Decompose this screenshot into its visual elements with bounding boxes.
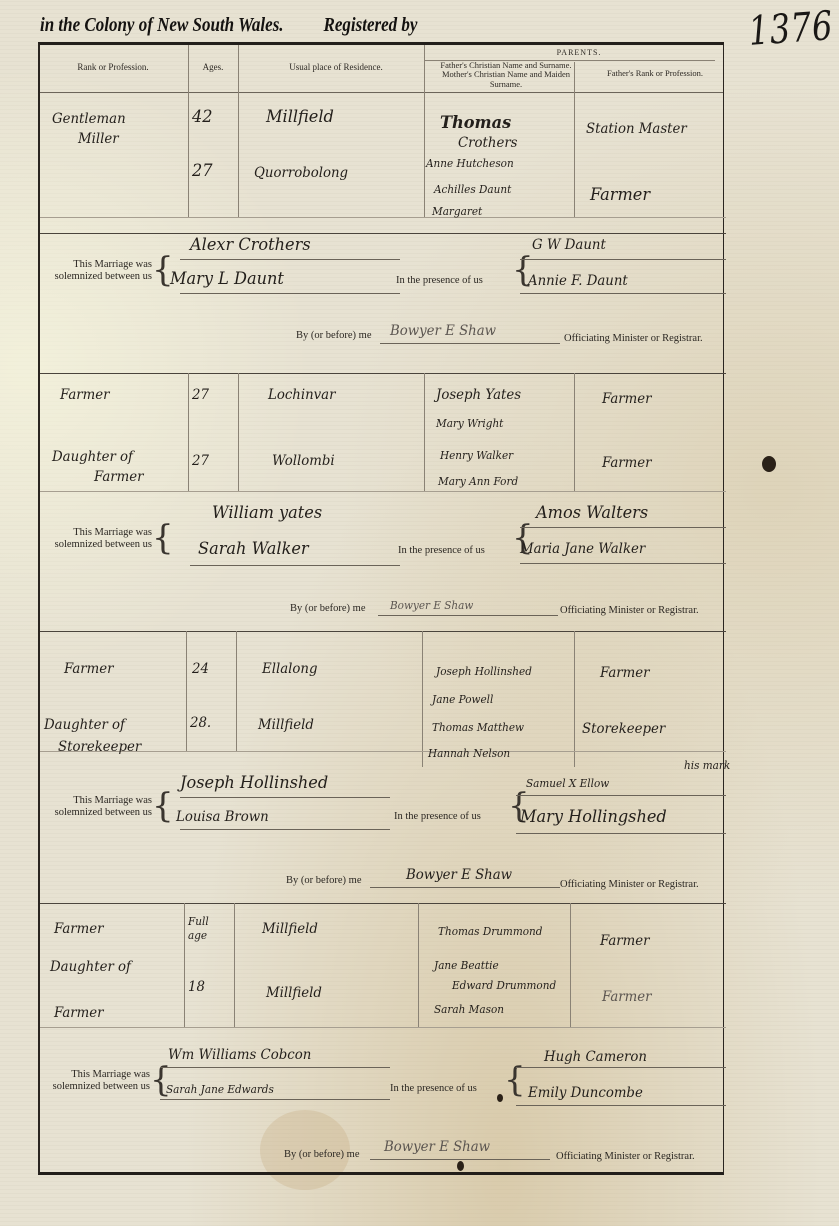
divider <box>40 1027 726 1028</box>
bride-father-rank: Storekeeper <box>582 721 665 737</box>
marriage-entry: Gentleman Miller 42 Millfield 27 Quorrob… <box>40 93 723 233</box>
header-rank: Rank or Profession. <box>40 63 186 73</box>
bride-rank-2: Farmer <box>94 469 143 485</box>
groom-residence: Lochinvar <box>268 387 335 403</box>
bride-father-name: Achilles Daunt <box>434 183 511 196</box>
presence-label: In the presence of us <box>396 275 483 287</box>
divider <box>40 373 726 374</box>
groom-residence: Millfield <box>266 107 334 127</box>
presence-label: In the presence of us <box>398 545 485 557</box>
groom-signature: Wm Williams Cobcon <box>168 1047 311 1063</box>
groom-age: Full age <box>188 915 222 944</box>
witness-1-signature: Amos Walters <box>536 503 648 523</box>
bride-father-name: Henry Walker <box>440 449 513 462</box>
header-parents: Parents. <box>432 49 726 58</box>
officiant-signature: Bowyer E Shaw <box>406 867 512 883</box>
page-header: in the Colony of New South Wales. Regist… <box>40 14 417 37</box>
divider <box>425 60 715 61</box>
header-parents-names: Father's Christian Name and Surname. Mot… <box>434 61 578 89</box>
brace: { <box>152 521 174 555</box>
signature-line <box>180 259 400 260</box>
marriage-register-table: Rank or Profession. Ages. Usual place of… <box>38 42 724 1175</box>
bride-rank-2: Storekeeper <box>58 739 141 755</box>
witness-mark-label: his mark <box>684 759 730 772</box>
divider <box>188 45 189 93</box>
groom-father-name: Thomas Drummond <box>438 925 542 938</box>
witness-1-signature: G W Daunt <box>532 237 606 253</box>
marriage-signatures: This Marriage was solemnized between us … <box>40 1035 723 1175</box>
officiating-label: Officiating Minister or Registrar. <box>560 605 699 617</box>
divider <box>236 631 237 751</box>
bride-father-rank: Farmer <box>602 455 651 471</box>
groom-mother-name: Jane Powell <box>432 693 493 706</box>
groom-father-rank: Farmer <box>602 391 651 407</box>
bride-father-name: Thomas Matthew <box>432 721 524 734</box>
bride-age: 27 <box>192 453 209 469</box>
by-before-label: By (or before) me <box>290 603 366 615</box>
marriage-signatures: This Marriage was solemnized between us … <box>40 497 723 627</box>
groom-mother-name: Anne Hutcheson <box>426 157 514 170</box>
bride-residence: Millfield <box>266 985 322 1001</box>
ink-blot <box>762 456 776 472</box>
groom-father-rank: Farmer <box>600 665 649 681</box>
divider <box>188 93 189 217</box>
divider <box>574 93 575 217</box>
witness-2-signature: Maria Jane Walker <box>520 541 645 557</box>
signature-line <box>380 343 560 344</box>
divider <box>424 93 425 217</box>
officiating-label: Officiating Minister or Registrar. <box>560 879 699 891</box>
groom-rank: Farmer <box>54 921 103 937</box>
groom-mother-name: Jane Beattie <box>434 959 499 972</box>
signature-line <box>520 259 726 260</box>
solemnized-label: This Marriage was solemnized between us <box>44 527 152 551</box>
by-before-label: By (or before) me <box>286 875 362 887</box>
groom-rank: Farmer <box>64 661 113 677</box>
bride-residence: Wollombi <box>272 453 335 469</box>
bride-rank-2: Farmer <box>54 1005 103 1021</box>
signature-line <box>160 1067 390 1068</box>
marriage-entry: Farmer 27 Lochinvar Daughter of Farmer 2… <box>40 373 723 497</box>
signature-line <box>190 565 400 566</box>
divider <box>238 93 239 217</box>
signature-line <box>370 887 560 888</box>
divider <box>424 45 425 93</box>
colony-title: in the Colony of New South Wales. <box>40 14 284 36</box>
bride-mother-name: Mary Ann Ford <box>438 475 518 488</box>
groom-age: 24 <box>192 661 209 677</box>
bride-age: 27 <box>192 161 213 181</box>
bride-age: 18 <box>188 979 205 995</box>
signature-line <box>516 1067 726 1068</box>
divider <box>234 903 235 1027</box>
signature-line <box>520 293 726 294</box>
signature-line <box>516 1105 726 1106</box>
bride-signature: Sarah Walker <box>198 539 309 559</box>
signature-line <box>520 563 726 564</box>
bride-residence: Millfield <box>258 717 314 733</box>
witness-2-signature: Emily Duncombe <box>528 1085 643 1101</box>
presence-label: In the presence of us <box>390 1083 477 1095</box>
groom-age: 42 <box>192 107 213 127</box>
groom-father-name: Thomas <box>440 113 511 133</box>
witness-2-signature: Mary Hollingshed <box>520 807 667 827</box>
bride-age: 28. <box>190 715 211 731</box>
solemnized-label: This Marriage was solemnized between us <box>42 1069 150 1093</box>
groom-residence: Millfield <box>262 921 318 937</box>
bride-father-rank: Farmer <box>602 989 651 1005</box>
bride-mother-name: Sarah Mason <box>434 1003 504 1016</box>
witness-2-signature: Annie F. Daunt <box>528 273 628 289</box>
divider <box>40 751 726 752</box>
registered-by-label: Registered by <box>324 14 418 36</box>
signature-line <box>378 615 558 616</box>
groom-signature: Alexr Crothers <box>190 235 311 255</box>
divider <box>40 631 726 632</box>
bride-mother-name: Hannah Nelson <box>428 747 510 760</box>
bride-rank: Daughter of <box>50 959 131 975</box>
column-header-row: Rank or Profession. Ages. Usual place of… <box>40 45 723 93</box>
groom-father-surname: Crothers <box>458 135 518 151</box>
officiant-signature: Bowyer E Shaw <box>390 323 496 339</box>
by-before-label: By (or before) me <box>284 1149 360 1161</box>
bride-signature: Mary L Daunt <box>170 269 284 289</box>
by-before-label: By (or before) me <box>296 330 372 342</box>
marriage-entry: Farmer Full age Millfield Daughter of Fa… <box>40 903 723 1031</box>
groom-father-name: Joseph Yates <box>436 387 521 403</box>
divider <box>186 631 187 751</box>
signature-line <box>516 795 726 796</box>
bride-father-name: Edward Drummond <box>452 979 556 992</box>
header-ages: Ages. <box>188 63 238 73</box>
witness-1-signature: Hugh Cameron <box>544 1049 647 1065</box>
bride-father-rank: Farmer <box>590 185 650 205</box>
signature-line <box>180 829 390 830</box>
marriage-entry: Farmer 24 Ellalong Daughter of Storekeep… <box>40 631 723 769</box>
groom-father-name: Joseph Hollinshed <box>436 665 532 678</box>
header-residence: Usual place of Residence. <box>240 63 432 73</box>
groom-father-rank: Station Master <box>586 121 687 137</box>
marriage-signatures: This Marriage was solemnized between us … <box>40 233 723 353</box>
groom-age: 27 <box>192 387 209 403</box>
divider <box>188 373 189 491</box>
signature-line <box>180 293 400 294</box>
signature-line <box>180 797 390 798</box>
divider <box>238 45 239 93</box>
groom-residence: Ellalong <box>262 661 317 677</box>
solemnized-label: This Marriage was solemnized between us <box>44 795 152 819</box>
signature-line <box>520 527 726 528</box>
presence-label: In the presence of us <box>394 811 481 823</box>
officiating-label: Officiating Minister or Registrar. <box>564 333 703 345</box>
witness-1-signature: Samuel X Ellow <box>526 777 609 790</box>
groom-mother-name: Mary Wright <box>436 417 503 430</box>
bride-residence: Quorrobolong <box>254 165 348 181</box>
officiant-signature: Bowyer E Shaw <box>390 599 473 612</box>
divider <box>40 903 726 904</box>
bride-mother-name: Margaret <box>432 205 482 218</box>
divider <box>424 373 425 491</box>
divider <box>418 903 419 1027</box>
solemnized-label: This Marriage was solemnized between us <box>44 259 152 283</box>
divider <box>40 491 726 492</box>
bride-signature: Sarah Jane Edwards <box>166 1083 274 1096</box>
bride-signature: Louisa Brown <box>176 809 269 825</box>
divider <box>184 903 185 1027</box>
bride-rank: Daughter of <box>44 717 125 733</box>
groom-rank: Farmer <box>60 387 109 403</box>
divider <box>574 62 575 93</box>
brace: { <box>152 789 174 823</box>
signature-line <box>370 1159 550 1160</box>
groom-father-rank: Farmer <box>600 933 649 949</box>
officiant-signature: Bowyer E Shaw <box>384 1139 490 1155</box>
groom-rank-2: Miller <box>78 131 119 147</box>
groom-signature: William yates <box>212 503 322 523</box>
divider <box>238 373 239 491</box>
divider <box>574 631 575 767</box>
brace: { <box>504 1063 526 1097</box>
divider <box>574 373 575 491</box>
divider <box>570 903 571 1027</box>
divider <box>40 217 726 218</box>
bride-rank: Daughter of <box>52 449 133 465</box>
divider <box>422 631 423 767</box>
signature-line <box>516 833 726 834</box>
officiating-label: Officiating Minister or Registrar. <box>556 1151 695 1163</box>
page-number: 1376 <box>747 3 835 55</box>
groom-signature: Joseph Hollinshed <box>180 773 328 793</box>
signature-line <box>160 1099 390 1100</box>
marriage-signatures: This Marriage was solemnized between us … <box>40 769 723 899</box>
groom-rank: Gentleman <box>52 111 126 127</box>
header-father-rank: Father's Rank or Profession. <box>600 69 710 78</box>
